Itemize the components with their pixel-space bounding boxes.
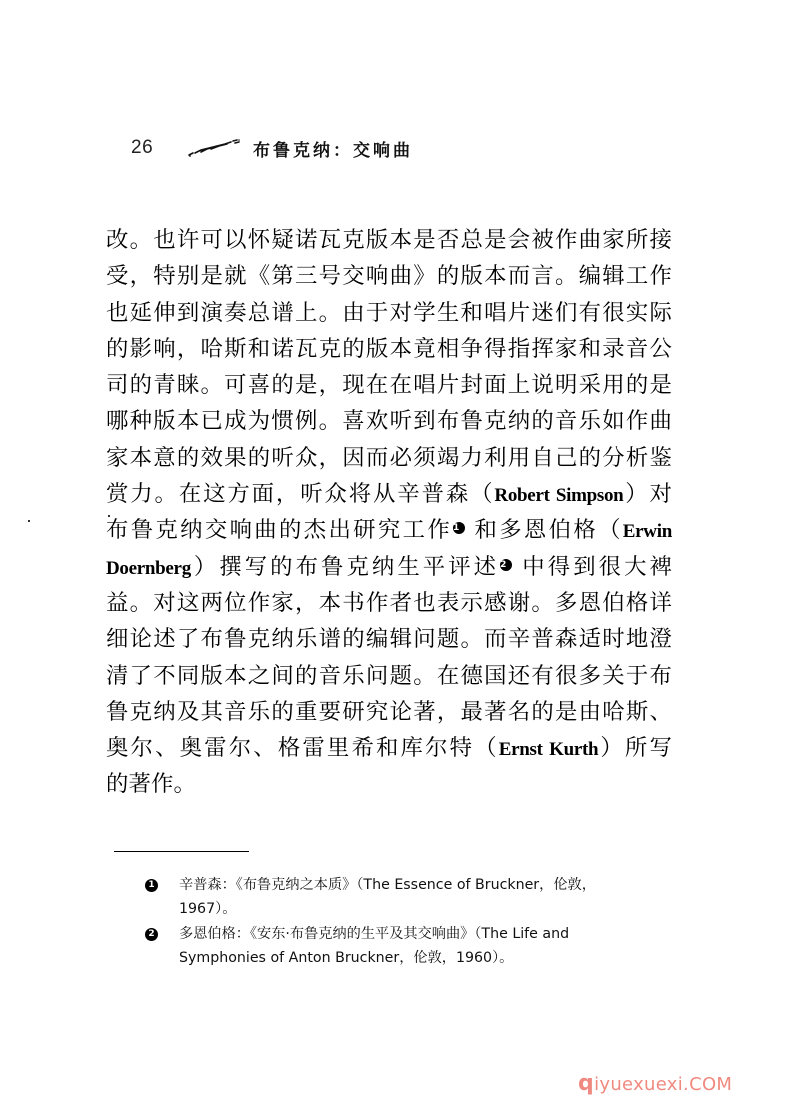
watermark-initial: q — [578, 1071, 594, 1096]
body-line: 也延伸到演奏总谱上。由于对学生和唱片迷们有很实际 — [106, 295, 672, 331]
footnote-2: 2 多恩伯格：《安东·布鲁克纳的生平及其交响曲》（The Life and Sy… — [142, 923, 672, 970]
footnote-reference-1[interactable]: 1 — [453, 522, 465, 534]
footnote-text: Symphonies of Anton Bruckner，伦敦，1960）。 — [179, 947, 672, 971]
latin-name: Ernst Kurth — [499, 739, 599, 760]
running-title: 布鲁克纳：交响曲 — [253, 136, 413, 161]
footnote-text: 多恩伯格：《安东·布鲁克纳的生平及其交响曲》（The Life and — [179, 923, 672, 947]
body-line: 布鲁克纳交响曲的杰出研究工作1 和多恩伯格（Erwin — [106, 512, 672, 548]
footnote-text: 1967）。 — [179, 898, 672, 922]
footnote-text: 辛普森：《布鲁克纳之本质》（The Essence of Bruckner，伦敦… — [179, 874, 672, 898]
footnote-1: 1 辛普森：《布鲁克纳之本质》（The Essence of Bruckner，… — [142, 874, 672, 921]
body-line: 鲁克纳及其音乐的重要研究论著，最著名的是由哈斯、 — [106, 694, 672, 730]
footnote-divider — [114, 851, 249, 852]
body-paragraph: 改。也许可以怀疑诺瓦克版本是否总是会被作曲家所接 受，特别是就《第三号交响曲》的… — [106, 222, 672, 803]
body-line: 益。对这两位作家，本书作者也表示感谢。多恩伯格详 — [106, 585, 672, 621]
body-line: 赏力。在这方面，听众将从辛普森（Robert Simpson）对 — [106, 476, 672, 512]
flourish-ornament-icon — [187, 138, 245, 158]
body-line: 的著作。 — [106, 766, 672, 802]
scan-speck — [28, 520, 30, 522]
footnote-reference-2[interactable]: 2 — [500, 559, 512, 571]
body-line: 司的青睐。可喜的是，现在在唱片封面上说明采用的是 — [106, 367, 672, 403]
footnotes: 1 辛普森：《布鲁克纳之本质》（The Essence of Bruckner，… — [142, 874, 672, 972]
body-line: Doernberg）撰写的布鲁克纳生平评述2 中得到很大裨 — [106, 549, 672, 585]
body-line: 家本意的效果的听众，因而必须竭力利用自己的分析鉴 — [106, 440, 672, 476]
body-line: 受，特别是就《第三号交响曲》的版本而言。编辑工作 — [106, 258, 672, 294]
latin-name: Robert Simpson — [494, 485, 623, 506]
site-watermark: qiyuexuexi.COM — [578, 1071, 732, 1096]
footnote-marker-1-icon: 1 — [145, 879, 158, 892]
page-header: 26 布鲁克纳：交响曲 — [131, 135, 413, 161]
body-line: 细论述了布鲁克纳乐谱的编辑问题。而辛普森适时地澄 — [106, 621, 672, 657]
body-line: 的影响，哈斯和诺瓦克的版本竟相争得指挥家和录音公 — [106, 331, 672, 367]
latin-name: Erwin — [623, 521, 672, 542]
page-number: 26 — [131, 137, 187, 159]
body-line: 改。也许可以怀疑诺瓦克版本是否总是会被作曲家所接 — [106, 222, 672, 258]
watermark-text: iyuexuexi.COM — [594, 1074, 732, 1095]
latin-name: Doernberg — [106, 558, 191, 579]
footnote-marker-2-icon: 2 — [145, 928, 158, 941]
body-line: 奥尔、奥雷尔、格雷里希和库尔特（Ernst Kurth）所写 — [106, 730, 672, 766]
body-line: 清了不同版本之间的音乐问题。在德国还有很多关于布 — [106, 658, 672, 694]
body-line: 哪种版本已成为惯例。喜欢听到布鲁克纳的音乐如作曲 — [106, 403, 672, 439]
